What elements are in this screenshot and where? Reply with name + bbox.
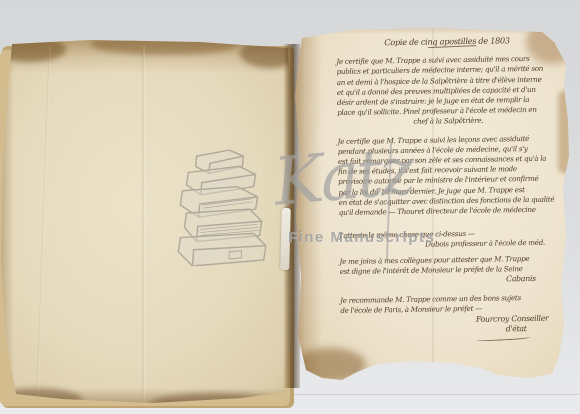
watermark-katz-script: Katz	[271, 138, 414, 216]
fold-crease	[142, 46, 145, 398]
paragraph-pinel: Je certifie que M. Trappe a suivi avec a…	[336, 54, 559, 129]
fold-crease	[36, 46, 51, 398]
paragraph-cabanis: Je me joins à mes collègues pour atteste…	[339, 253, 561, 287]
burnt-edge-top	[298, 26, 550, 34]
photo-background: Copie de cinq apostilles de 1803 Je cert…	[0, 0, 580, 414]
signature-fourcroy-title: d'état	[341, 323, 563, 337]
stain	[294, 348, 366, 382]
stacked-books-icon	[168, 146, 270, 266]
stain	[90, 33, 240, 55]
signature-flourish	[477, 335, 531, 342]
document-title: Copie de cinq apostilles de 1803	[336, 35, 558, 49]
paragraph-fourcroy: Je recommande M. Trappe comme un des bon…	[340, 293, 563, 343]
stain	[558, 90, 573, 174]
watermark-brand-text: Fine Manuscripts	[288, 229, 435, 246]
stain	[352, 368, 487, 386]
manuscript-left-page	[0, 40, 296, 406]
